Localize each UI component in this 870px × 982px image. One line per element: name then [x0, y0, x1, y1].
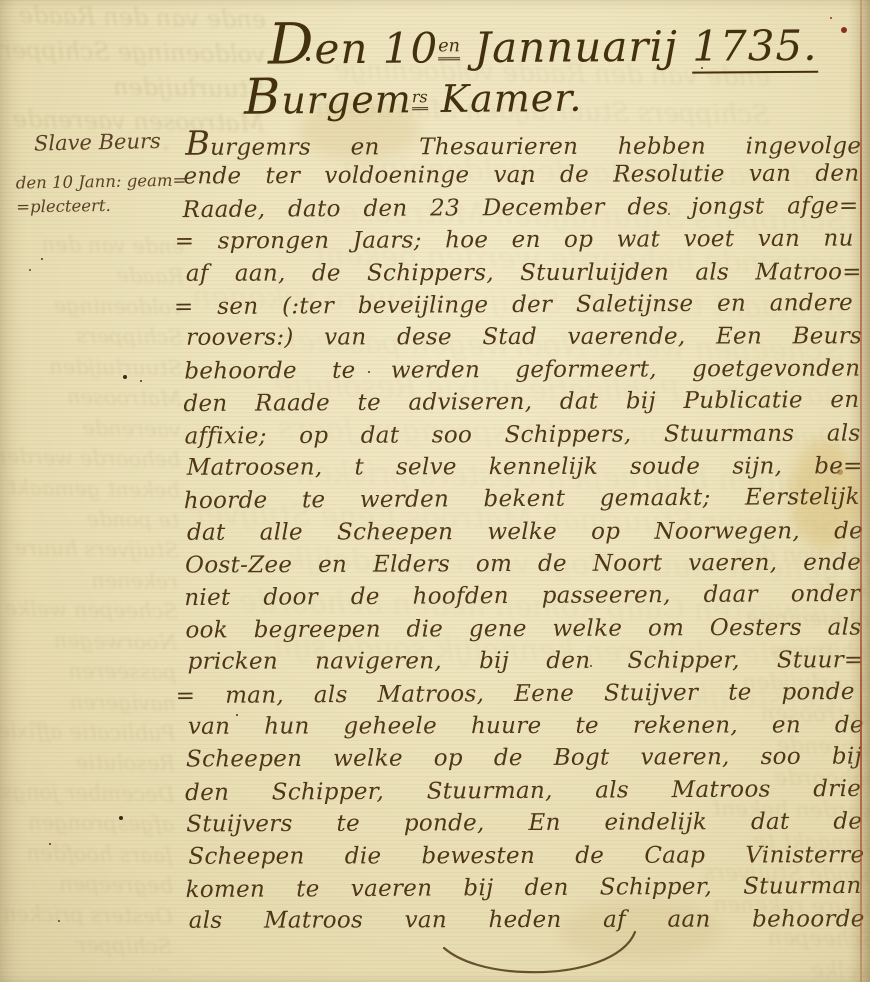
- manuscript-line: hoorde te werden bekent gemaakt; Eerstel…: [184, 482, 860, 519]
- manuscript-line: Scheepen die bewesten de Caap Vinisterre: [188, 840, 864, 874]
- manuscript-line: van hun geheele huure te rekenen, en de: [188, 710, 864, 744]
- manuscript-line: Oost-Zee en Elders om de Noort vaeren, e…: [185, 548, 861, 583]
- manuscript-line: roovers:) van dese Stad vaerende, Een Be…: [186, 322, 862, 356]
- manuscript-line: Matroosen, t selve kennelijk soude sijn,…: [187, 451, 863, 485]
- margin-note-date: den 10 Jann: geam= =plecteert.: [16, 168, 192, 219]
- heading-chamber-prefix: Burgem: [244, 77, 412, 122]
- manuscript-line: affixie; op dat soo Schippers, Stuurmans…: [185, 418, 861, 453]
- manuscript-line: dat alle Scheepen welke op Noorwegen, de: [187, 516, 863, 550]
- manuscript-line: Scheepen welke op de Bogt vaeren, soo bi…: [186, 742, 862, 777]
- page-edge: [848, 0, 870, 982]
- manuscript-line: = sprongen Jaars; hoe en op wat voet van…: [175, 224, 854, 259]
- margin-note-title: Slave Beurs: [34, 128, 184, 155]
- manuscript-line: Burgemrs en Thesaurieren hebben ingevolg…: [185, 127, 861, 161]
- manuscript-page: ende van den Raade voldoeninge Schippers…: [0, 0, 870, 982]
- heading-date-superscript: en: [438, 37, 460, 61]
- manuscript-line: Raade, dato den 23 December des jongst a…: [182, 191, 858, 228]
- heading-chamber-suffix: Kamer.: [427, 76, 582, 121]
- manuscript-line: behoorde te werden geformeert, goetgevon…: [184, 353, 860, 388]
- manuscript-line: komen te vaeren bij den Schipper, Stuurm…: [185, 871, 861, 908]
- margin-note-line: =plecteert.: [16, 192, 191, 219]
- manuscript-body: Burgemrs en Thesaurieren hebben ingevolg…: [183, 127, 863, 940]
- ink-specks: [0, 0, 4, 4]
- manuscript-line: als Matroos van heden af aan behoorde: [189, 905, 865, 939]
- manuscript-line: = man, als Matroos, Eene Stuijver te pon…: [176, 677, 855, 714]
- bleedthrough-text: ende van den Raade voldoeninge Schippers…: [0, 228, 184, 971]
- page-edge-rule: [860, 0, 862, 982]
- manuscript-line: af aan, de Schippers, Stuurluijden als M…: [186, 257, 862, 291]
- manuscript-line: Stuijvers te ponde, En eindelijk dat de: [186, 807, 862, 842]
- manuscript-line: niet door de hoofden passeeren, daar ond…: [184, 579, 860, 616]
- margin-note-line: den 10 Jann: geam=: [16, 168, 191, 195]
- manuscript-line: ook begreepen die gene welke om Oesters …: [185, 612, 861, 647]
- manuscript-line: den Raade te adviseren, dat bij Publicat…: [183, 385, 859, 422]
- manuscript-line: pricken navigeren, bij den Schipper, Stu…: [188, 645, 864, 679]
- manuscript-line: ende ter voldoeninge van de Resolutie va…: [183, 159, 859, 194]
- manuscript-line: den Schipper, Stuurman, als Matroos drie: [185, 774, 861, 811]
- heading-year-underlined: 1735.: [692, 21, 818, 74]
- heading-chamber: Burgemrs Kamer.: [244, 64, 644, 125]
- heading-chamber-superscript: rs: [412, 88, 428, 111]
- manuscript-line: = sen (:ter beveijlinge der Saletijnse e…: [174, 288, 853, 325]
